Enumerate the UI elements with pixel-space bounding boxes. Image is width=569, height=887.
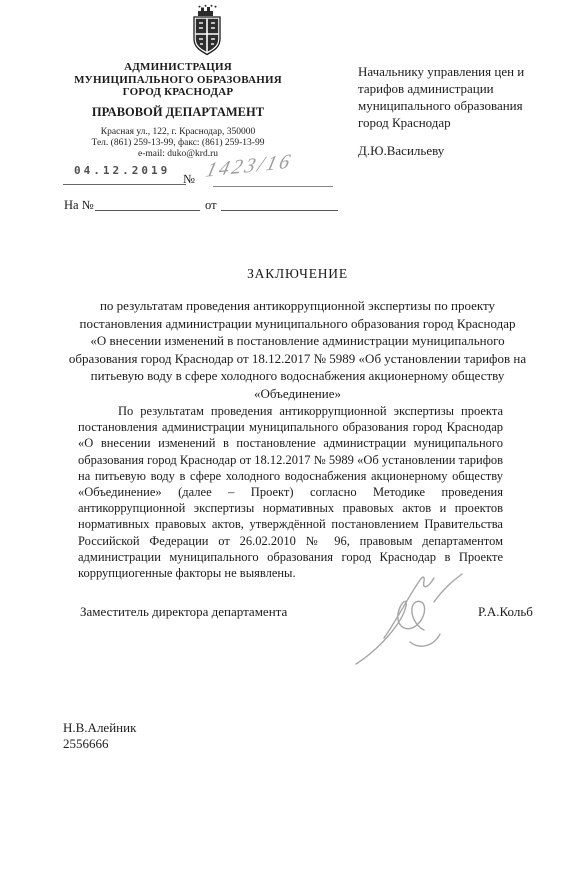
reply-from-label: от — [205, 198, 217, 213]
subtitle-line: «Объединение» — [40, 385, 555, 403]
signer-position: Заместитель директора департамента — [80, 604, 287, 620]
document-title: ЗАКЛЮЧЕНИЕ — [40, 266, 555, 282]
reply-date-blank — [221, 210, 338, 211]
recipient-line: муниципального образования — [358, 97, 558, 114]
phone-line: Тел. (861) 259-13-99, факс: (861) 259-13… — [38, 138, 318, 149]
executor-name: Н.В.Алейник — [63, 720, 136, 736]
recipient-lines: Начальнику управления цен итарифов админ… — [358, 63, 558, 131]
recipient-line: город Краснодар — [358, 114, 558, 131]
reply-to-label: На № — [64, 198, 94, 213]
address-line: Красная ул., 122, г. Краснодар, 350000 — [38, 127, 318, 138]
recipient-line: тарифов администрации — [358, 80, 558, 97]
date-underline — [63, 184, 186, 185]
subtitle-line: образования город Краснодар от 18.12.201… — [40, 350, 555, 368]
number-underline — [213, 186, 333, 187]
subtitle-line: по результатам проведения антикоррупцион… — [40, 297, 555, 315]
coat-of-arms-icon — [184, 4, 230, 60]
number-label: № — [183, 172, 195, 187]
reply-number-blank — [95, 210, 200, 211]
org-name-line: ГОРОД КРАСНОДАР — [38, 86, 318, 99]
executor-phone: 2556666 — [63, 736, 136, 752]
letterhead: АДМИНИСТРАЦИЯ МУНИЦИПАЛЬНОГО ОБРАЗОВАНИЯ… — [38, 61, 318, 160]
document-subtitle: по результатам проведения антикоррупцион… — [40, 297, 555, 402]
signer-name: Р.А.Кольб — [478, 604, 533, 620]
body-paragraph: По результатам проведения антикоррупцион… — [78, 403, 503, 581]
document-page: АДМИНИСТРАЦИЯ МУНИЦИПАЛЬНОГО ОБРАЗОВАНИЯ… — [0, 0, 569, 887]
handwritten-signature-icon — [350, 572, 468, 674]
org-name-line: АДМИНИСТРАЦИЯ — [38, 61, 318, 74]
recipient-line: Начальнику управления цен и — [358, 63, 558, 80]
subtitle-line: «О внесении изменений в постановление ад… — [40, 332, 555, 350]
recipient-name: Д.Ю.Васильеву — [358, 142, 558, 159]
subtitle-line: постановления администрации муниципально… — [40, 315, 555, 333]
subtitle-line: питьевую воду в сфере холодного водоснаб… — [40, 367, 555, 385]
date-stamp: 04.12.2019 — [74, 164, 170, 177]
org-name-line: МУНИЦИПАЛЬНОГО ОБРАЗОВАНИЯ — [38, 74, 318, 87]
department-name: ПРАВОВОЙ ДЕПАРТАМЕНТ — [38, 105, 318, 119]
recipient-block: Начальнику управления цен итарифов админ… — [358, 63, 558, 159]
executor-block: Н.В.Алейник 2556666 — [63, 720, 136, 751]
